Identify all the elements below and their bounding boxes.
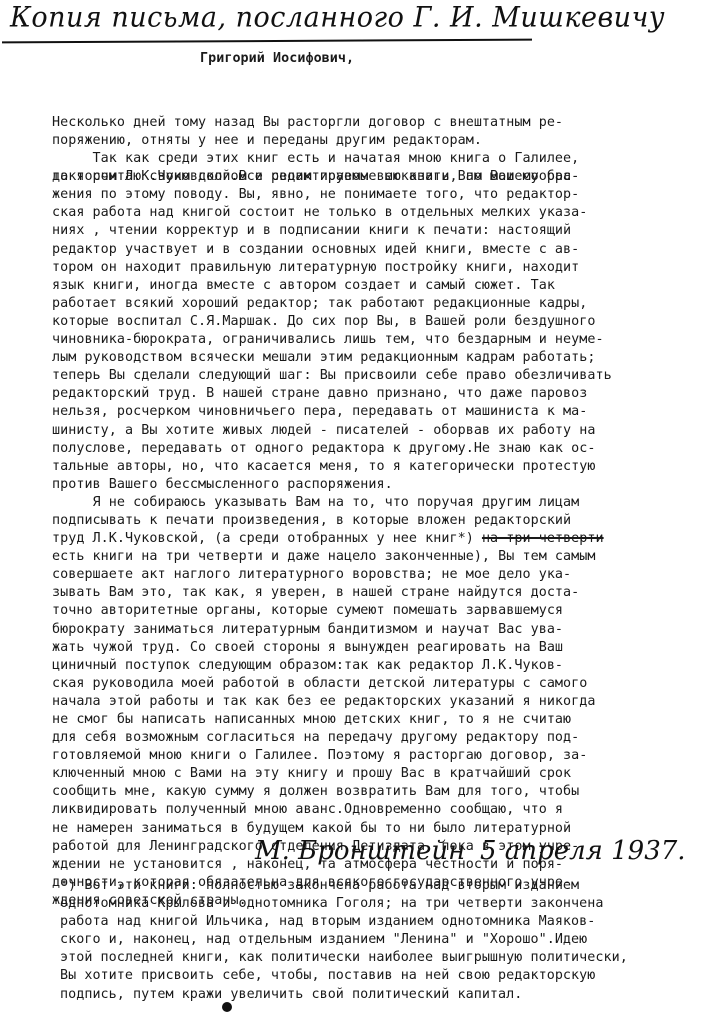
text-line: зывать Вам это, так как, я уверен, в наш…: [52, 584, 612, 602]
text-line: редактор участвует и в создании основных…: [52, 241, 612, 259]
struck-text: на три четверти: [482, 531, 604, 546]
text-line: начала этой работы и так как без ее реда…: [52, 693, 612, 711]
text-line: поряжению, отняты у нее и переданы други…: [52, 132, 612, 150]
handwritten-date: 5 апреля 1937.: [480, 836, 686, 866]
text-line: подпись, путем кражи увеличить свой поли…: [60, 986, 628, 1004]
text-line: Вы хотите присвоить себе, чтобы, постави…: [60, 967, 628, 985]
text-line: *) Вот эти книги: полностью закончена ра…: [60, 877, 628, 895]
text-line: подписывать к печати произведения, в кот…: [52, 512, 612, 530]
text-line: не намерен заниматься в будущем какой бы…: [52, 820, 612, 838]
text-line: жать чужой труд. Со своей стороны я выну…: [52, 639, 612, 657]
text-line: работает всякий хороший редактор; так ра…: [52, 295, 612, 313]
salutation: Григорий Иосифович,: [200, 50, 354, 68]
text-line: совершаете акт наглого литературного вор…: [52, 566, 612, 584]
text-line: шинисту, а Вы хотите живых людей - писат…: [52, 422, 612, 440]
text-line: язык книги, иногда вместе с автором созд…: [52, 277, 612, 295]
text-line: циничный поступок следующим образом:так …: [52, 657, 612, 675]
text-line: теперь Вы сделали следующий шаг: Вы прис…: [52, 367, 612, 385]
text-line: лым руководством всячески мешали этим ре…: [52, 349, 612, 367]
text-line: этой последней книги, как политически на…: [60, 949, 628, 967]
text-line: готовляемой мною книги о Галилее. Поэтом…: [52, 747, 612, 765]
text-line: ская работа над книгой состоит не только…: [52, 204, 612, 222]
text-line: точно авторитетные органы, которые сумею…: [52, 602, 612, 620]
text-line: не смог бы написать написанных мною детс…: [52, 711, 612, 729]
footnote: *) Вот эти книги: полностью закончена ра…: [60, 877, 628, 1004]
text-line: то я считаю своим долгом и своим правом …: [52, 168, 612, 186]
text-line: для себя возможным согласиться на переда…: [52, 729, 612, 747]
text-line: ского и, наконец, над отдельным изданием…: [60, 931, 628, 949]
ink-blot: [222, 1002, 232, 1012]
signature: М. Бронштейн: [255, 836, 465, 866]
title-underline: [2, 39, 532, 44]
text-line: работа над книгой Ильчика, над вторым из…: [60, 913, 628, 931]
text-line: тальные авторы, но, что касается меня, т…: [52, 458, 612, 476]
text-line: однотомника Крылова и однотомника Гоголя…: [60, 895, 628, 913]
text-line: труд Л.К.Чуковской, (а среди отобранных …: [52, 530, 612, 548]
text-line: есть книги на три четверти и даже нацело…: [52, 548, 612, 566]
text-line: сообщить мне, какую сумму я должен возвр…: [52, 783, 612, 801]
text-line: Несколько дней тому назад Вы расторгли д…: [52, 114, 579, 132]
letter-body: поряжению, отняты у нее и переданы други…: [52, 132, 612, 910]
text-line: Так как среди этих книг есть и начатая м…: [52, 150, 612, 168]
text-line: ниях , чтении корректур и в подписании к…: [52, 222, 612, 240]
text-line: против Вашего бессмысленного распоряжени…: [52, 476, 612, 494]
handwritten-title: Копия письма, посланного Г. И. Мишкевичу: [10, 1, 665, 34]
text-line: бюрократу заниматься литературным бандит…: [52, 621, 612, 639]
text-line: ключенный мною с Вами на эту книгу и про…: [52, 765, 612, 783]
text-line: жения по этому поводу. Вы, явно, не пони…: [52, 186, 612, 204]
text-line: тором он находит правильную литературную…: [52, 259, 612, 277]
text-line: нельзя, росчерком чиновничьего пера, пер…: [52, 403, 612, 421]
text-line: чиновника-бюрократа, ограничивались лишь…: [52, 331, 612, 349]
text-line: редакторский труд. В нашей стране давно …: [52, 385, 612, 403]
text-line: полуслове, передавать от одного редактор…: [52, 440, 612, 458]
text-line: ликвидировать полученный мною аванс.Одно…: [52, 801, 612, 819]
text-line: которые воспитал С.Я.Маршак. До сих пор …: [52, 313, 612, 331]
text-line: ская руководила моей работой в области д…: [52, 675, 612, 693]
text-line: Я не собираюсь указывать Вам на то, что …: [52, 494, 612, 512]
